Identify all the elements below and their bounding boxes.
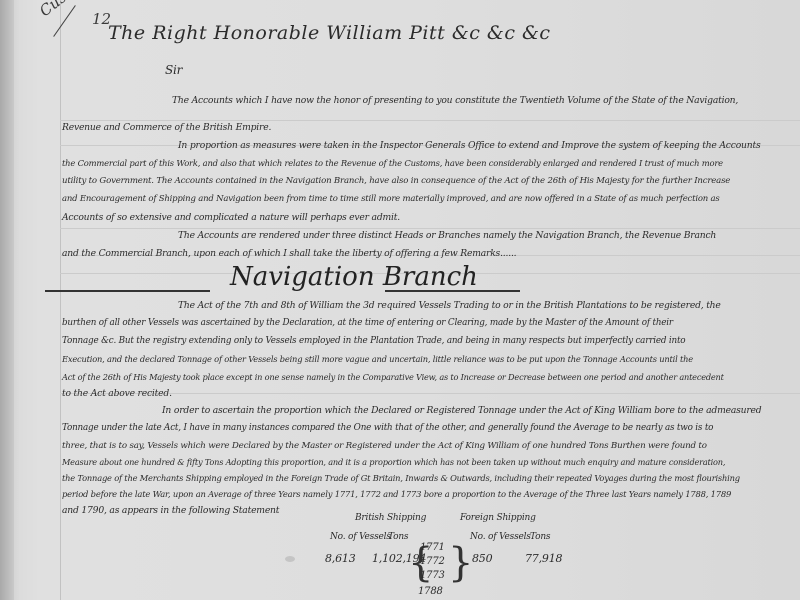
foreign-tons-header: Tons xyxy=(530,532,550,542)
section-paragraph-1-line-4: Execution, and the declared Tonnage of o… xyxy=(62,354,693,364)
salutation: Sir xyxy=(165,63,182,77)
section-heading: Navigation Branch xyxy=(230,262,478,292)
british-vessels-header: No. of Vessels xyxy=(330,532,391,542)
section-paragraph-2-line-1: In order to ascertain the proportion whi… xyxy=(162,405,761,416)
section-paragraph-1-line-1: The Act of the 7th and 8th of William th… xyxy=(178,300,721,311)
paragraph-3-line-2: and the Commercial Branch, upon each of … xyxy=(62,248,516,259)
section-paragraph-1-line-3: Tonnage &c. But the registry extending o… xyxy=(62,336,685,346)
foreign-tons-value: 77,918 xyxy=(525,552,562,565)
british-tons-header: Tons xyxy=(388,532,408,542)
paragraph-2-line-5: Accounts of so extensive and complicated… xyxy=(62,212,400,223)
british-shipping-label: British Shipping xyxy=(355,513,426,523)
paragraph-1-line-1: The Accounts which I have now the honor … xyxy=(172,95,738,106)
year-1788: 1788 xyxy=(418,586,443,597)
ink-smudge xyxy=(285,556,295,562)
heading-rule-right xyxy=(385,290,520,292)
section-paragraph-2-line-6: period before the late War, upon an Aver… xyxy=(62,489,731,499)
paragraph-2-line-3: utility to Government. The Accounts cont… xyxy=(62,176,730,186)
section-paragraph-2-line-4: Measure about one hundred & fifty Tons A… xyxy=(62,457,725,467)
paragraph-1-line-2: Revenue and Commerce of the British Empi… xyxy=(62,122,271,133)
paragraph-2-line-1: In proportion as measures were taken in … xyxy=(178,140,760,151)
year-brace-right: } xyxy=(448,540,473,586)
section-paragraph-2-line-2: Tonnage under the late Act, I have in ma… xyxy=(62,423,713,433)
section-paragraph-1-line-5: Act of the 26th of His Majesty took plac… xyxy=(62,372,724,382)
page-binding-edge xyxy=(0,0,14,600)
paragraph-2-line-4: and Encouragement of Shipping and Naviga… xyxy=(62,194,720,204)
foreign-shipping-label: Foreign Shipping xyxy=(460,513,536,523)
section-paragraph-1-line-6: to the Act above recited. xyxy=(62,388,172,399)
heading-rule-left xyxy=(45,290,210,292)
letter-title: The Right Honorable William Pitt &c &c &… xyxy=(108,22,551,44)
archive-reference: Cust 17 xyxy=(36,0,93,20)
section-paragraph-2-line-5: the Tonnage of the Merchants Shipping em… xyxy=(62,473,740,483)
paragraph-2-line-2: the Commercial part of this Work, and al… xyxy=(62,158,723,168)
section-paragraph-1-line-2: burthen of all other Vessels was ascerta… xyxy=(62,318,673,328)
ruled-line xyxy=(60,120,800,121)
paragraph-3-line-1: The Accounts are rendered under three di… xyxy=(178,230,716,241)
year-1771: 1771 xyxy=(420,542,445,553)
foreign-vessels-header: No. of Vessels xyxy=(470,532,531,542)
british-vessels-value: 8,613 xyxy=(325,552,356,565)
year-1773: 1773 xyxy=(420,570,445,581)
section-paragraph-2-line-3: three, that is to say, Vessels which wer… xyxy=(62,441,707,451)
year-1772: 1772 xyxy=(420,556,445,567)
margin-rule xyxy=(60,0,61,600)
document-page: Cust 17 12 The Right Honorable William P… xyxy=(0,0,800,600)
ruled-line xyxy=(60,228,800,229)
section-paragraph-2-line-7: and 1790, as appears in the following St… xyxy=(62,505,279,516)
foreign-vessels-value: 850 xyxy=(472,552,492,565)
